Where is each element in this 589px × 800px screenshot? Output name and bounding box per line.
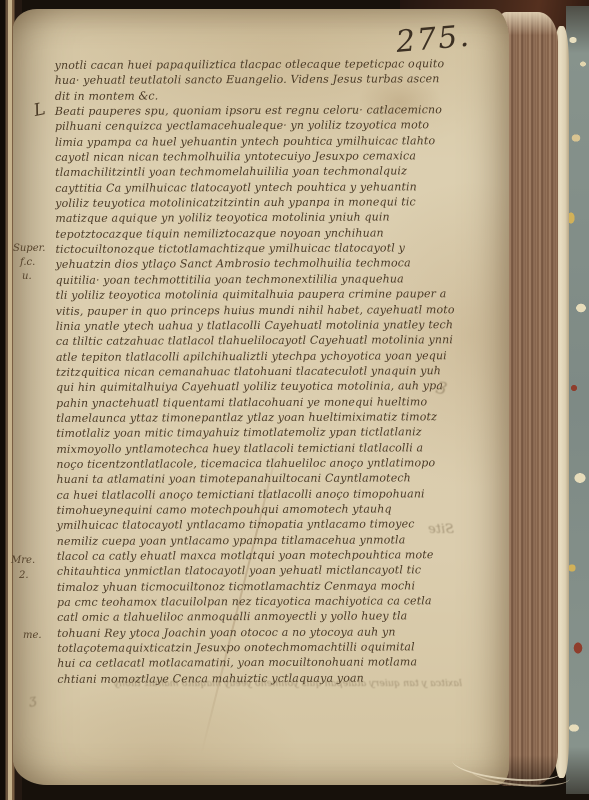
text-line: tictocuiltonozque tictotlamachtizque ymi… [55, 240, 471, 257]
text-line: tlamachilitzintli yoan techmomelahuilili… [55, 164, 471, 181]
text-line: timotlaliz yoan mitic timayahuiz timotla… [56, 424, 472, 441]
text-line: totlaçotemaquixticatzin Jesuxpo onotechm… [57, 639, 473, 656]
margin-note-citation: me. [23, 630, 42, 641]
text-line: quitilia· yoan techmottitilia yoan techm… [56, 271, 472, 288]
margin-note-citation: u. [22, 271, 32, 282]
margin-note-super: Super. [13, 243, 45, 254]
text-line: cayttitia Ca ymilhuicac tlatocayotl ynte… [55, 179, 471, 196]
text-line: catl omic a tlahueliloc anmoqualli anmoy… [57, 608, 473, 625]
text-line: tohuani Rey ytoca Joachin yoan otococ a … [57, 624, 473, 641]
text-line: yehuatzin dios ytlaço Sanct Ambrosio tec… [55, 256, 471, 273]
margin-note-citation: 2. [19, 570, 29, 581]
margin-note-citation: f.c. [20, 257, 35, 268]
text-line: tepotztocazque tiquin nemiliztocazque no… [55, 225, 471, 242]
text-line: matizque aquique yn yoliliz teoyotica mo… [55, 210, 471, 227]
folio-number: 275. [395, 19, 468, 60]
text-line: yoliliz teuyotica motolinicatzitzintin a… [55, 194, 471, 211]
showthrough-text-line: laxitca y tan quiery atalepan quis yonme… [58, 678, 462, 689]
text-line: pa cmc teohamox tlacuilolpan nez ticayot… [57, 593, 473, 610]
text-line: vitis, pauper in quo princeps huius mund… [56, 302, 472, 319]
text-line: nemiliz cuepa yoan yntlacamo ypampa titl… [57, 532, 473, 549]
text-line: ca huei tlatlacolli anoço temictiani tla… [57, 486, 473, 503]
text-line: mixmoyollo yntlamotechca huey tlatlacoli… [56, 440, 472, 457]
text-line: pahin ynactehuatl tiquentami tlatlacohua… [56, 394, 472, 411]
text-line: ynotli cacan huei papaquiliztica tlacpac… [55, 56, 471, 73]
manuscript-text: ynotli cacan huei papaquiliztica tlacpac… [55, 56, 474, 687]
showthrough-mark: Site [428, 522, 454, 537]
text-line: pilhuani cenquizca yectlamacehualeque· y… [55, 117, 471, 134]
text-line: tli yoliliz teoyotica motolinia quimital… [56, 286, 472, 303]
text-line: hua· yehuatl teutlatoli sancto Euangelio… [55, 71, 471, 88]
text-line: Beati pauperes spu, quoniam ipsoru est r… [55, 102, 471, 119]
text-line: timaloz yhuan ticmocuiltonoz ticmotlamac… [57, 578, 473, 595]
text-line: limia ypampa ca huel yehuantin yntech po… [55, 133, 471, 150]
text-line: cayotl nican nican techmolhuilia yntotec… [55, 148, 471, 165]
marbled-endpaper-edge [566, 6, 589, 794]
text-line: tlamelaunca yttaz timonepantlaz ytlaz yo… [56, 409, 472, 426]
text-line: timohueynequini camo motechpouhqui amomo… [57, 501, 473, 518]
text-line: qui hin quimitalhuiya Cayehuatl yoliliz … [56, 378, 472, 395]
text-line: hui ca cetlacatl motlacamatini, yoan moc… [57, 654, 473, 671]
book-photo: 275. ynotli cacan huei papaquiliztica tl… [0, 0, 589, 800]
text-line: noço ticentzontlatlacole, ticemacica tla… [56, 455, 472, 472]
text-line: linia ynatle ytech uahua y tlatlacolli C… [56, 317, 472, 334]
text-line: atle tepiton tlatlacolli apilchihualiztl… [56, 348, 472, 365]
text-line: tlacol ca catly ehuatl maxca motlatqui y… [57, 547, 473, 564]
text-line: tzitzquitica nican cemanahuac tlatohuani… [56, 363, 472, 380]
text-line: chitauhtica ynmictlan tlatocayotl yoan y… [57, 562, 473, 579]
margin-note-citation: Mre. [11, 555, 35, 566]
text-line: ymilhuicac tlatocayotl yntlacamo timopat… [57, 516, 473, 533]
text-line: ca tliltic catzahuac tlatlacol tlahuelil… [56, 332, 472, 349]
text-line: huani ta atlamatini yoan timotepanahuilt… [56, 470, 472, 487]
text-line: dit in montem &c. [55, 87, 471, 104]
